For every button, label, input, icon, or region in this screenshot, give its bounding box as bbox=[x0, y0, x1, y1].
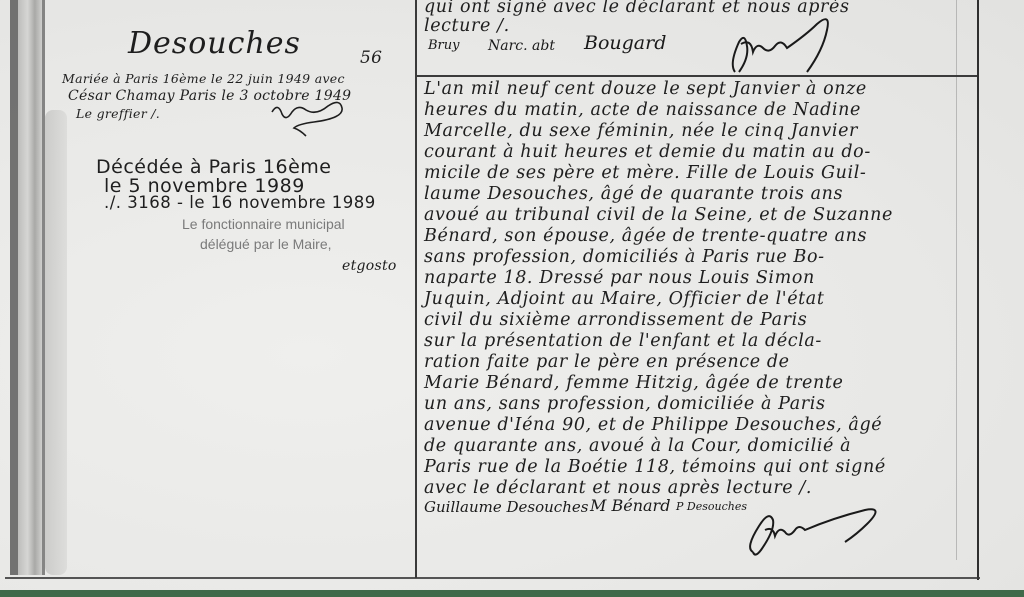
act-body-line-13: sur la présentation de l'enfant et la dé… bbox=[424, 331, 822, 351]
stamp-line-1: Le fonctionnaire municipal bbox=[182, 216, 345, 232]
act-body-line-11: Juquin, Adjoint au Maire, Officier de l'… bbox=[424, 289, 824, 309]
greffier-signature-icon bbox=[268, 98, 348, 143]
officer-signature-bottom-icon bbox=[735, 500, 905, 560]
right-border-rule bbox=[977, 0, 979, 580]
surname-heading: Desouches bbox=[128, 26, 301, 61]
marriage-note-line-1: Mariée à Paris 16ème le 22 juin 1949 ave… bbox=[62, 71, 345, 86]
act-body-line-6: laume Desouches, âgé de quarante trois a… bbox=[424, 184, 843, 204]
act-separator-rule bbox=[416, 75, 977, 77]
previous-signature-2: Narc. abt bbox=[488, 38, 555, 54]
signature-witness-benard: M Bénard bbox=[590, 496, 670, 515]
bottom-strip bbox=[0, 590, 1024, 597]
act-body-line-12: civil du sixième arrondissement de Paris bbox=[424, 310, 807, 330]
register-page: Desouches 56 Mariée à Paris 16ème le 22 … bbox=[0, 0, 1024, 590]
marriage-note-line-3: Le greffier /. bbox=[76, 106, 160, 121]
stamp-signature: etgosto bbox=[342, 258, 397, 274]
act-body-line-14: ration faite par le père en présence de bbox=[424, 352, 790, 372]
bottom-border-rule bbox=[5, 577, 980, 579]
act-body-line-18: de quarante ans, avoué à la Cour, domici… bbox=[424, 436, 851, 456]
death-note-line-3: ./. 3168 - le 16 novembre 1989 bbox=[104, 193, 376, 212]
act-body-line-15: Marie Bénard, femme Hitzig, âgée de tren… bbox=[424, 373, 843, 393]
act-body-line-1: L'an mil neuf cent douze le sept Janvier… bbox=[424, 79, 867, 99]
act-body-line-3: Marcelle, du sexe féminin, née le cinq J… bbox=[424, 121, 858, 141]
act-body-line-5: micile de ses père et mère. Fille de Lou… bbox=[424, 163, 866, 183]
act-body-line-20: avec le déclarant et nous après lecture … bbox=[424, 478, 812, 498]
act-body-line-4: courant à huit heures et demie du matin … bbox=[424, 142, 871, 162]
binding-spine-edge bbox=[10, 0, 18, 575]
column-divider bbox=[415, 0, 417, 578]
act-number: 56 bbox=[360, 48, 382, 68]
act-body-line-10: naparte 18. Dressé par nous Louis Simon bbox=[424, 268, 815, 288]
act-body-line-7: avoué au tribunal civil de la Seine, et … bbox=[424, 205, 893, 225]
officer-signature-top-icon bbox=[705, 14, 865, 84]
act-body-line-2: heures du matin, acte de naissance de Na… bbox=[424, 100, 861, 120]
act-body-line-19: Paris rue de la Boétie 118, témoins qui … bbox=[424, 457, 886, 477]
binding-shadow bbox=[45, 110, 67, 575]
previous-act-line-2: lecture /. bbox=[424, 16, 510, 36]
act-body-line-9: sans profession, domiciliés à Paris rue … bbox=[424, 247, 825, 267]
stamp-line-2: délégué par le Maire, bbox=[200, 236, 332, 252]
previous-signature-3: Bougard bbox=[584, 32, 666, 54]
act-body-line-17: avenue d'Iéna 90, et de Philippe Desouch… bbox=[424, 415, 882, 435]
previous-signature-1: Bruy bbox=[428, 38, 459, 53]
binding-spine bbox=[18, 0, 42, 575]
act-body-line-8: Bénard, son épouse, âgée de trente-quatr… bbox=[424, 226, 867, 246]
signature-father: Guillaume Desouches bbox=[424, 498, 588, 516]
act-body-line-16: un ans, sans profession, domiciliée à Pa… bbox=[424, 394, 826, 414]
right-margin-rule bbox=[956, 0, 957, 560]
